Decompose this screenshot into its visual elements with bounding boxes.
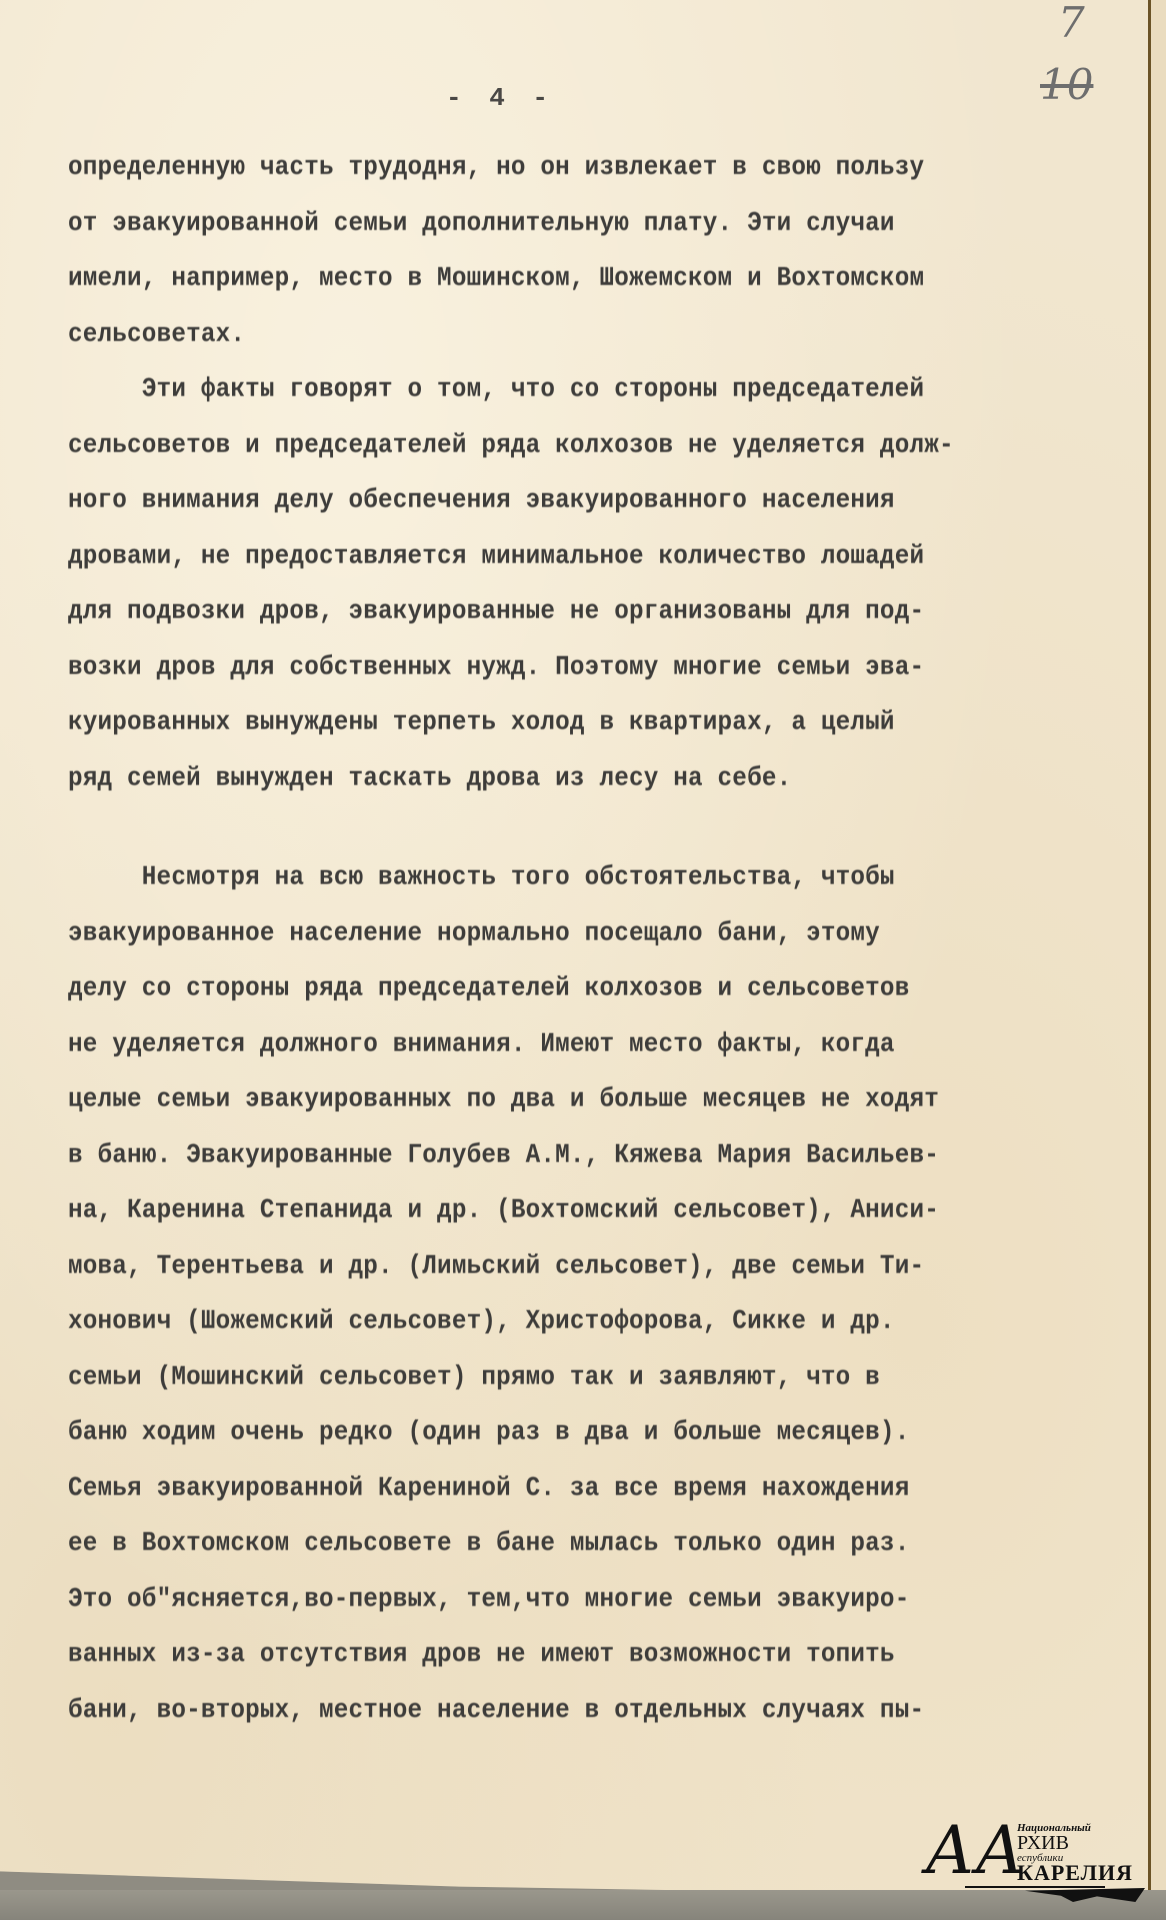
text-line: Это об"ясняется,во-первых, тем,что многи…: [68, 1585, 1022, 1641]
text-line: куированных вынуждены терпеть холод в кв…: [68, 708, 1022, 764]
text-line: мова, Терентьева и др. (Лимьский сельсов…: [68, 1252, 1022, 1308]
text-line: Эти факты говорят о том, что со стороны …: [68, 375, 1022, 431]
text-line: на, Каренина Степанида и др. (Вохтомский…: [68, 1196, 1022, 1252]
text-line: хонович (Шожемский сельсовет), Христофор…: [68, 1307, 1022, 1363]
page-number: - 4 -: [0, 83, 1000, 113]
text-line: сельсоветах.: [68, 320, 1022, 376]
text-line: бани, во-вторых, местное население в отд…: [68, 1696, 1022, 1752]
archive-watermark-logo: АА Национальный РХИВ еспублики КАРЕЛИЯ: [925, 1822, 1145, 1902]
text-line: делу со стороны ряда председателей колхо…: [68, 974, 1022, 1030]
text-line: эвакуированное население нормально посещ…: [68, 919, 1022, 975]
text-line: сельсоветов и председателей ряда колхозо…: [68, 431, 1022, 487]
text-line: ного внимания делу обеспечения эвакуиров…: [68, 486, 1022, 542]
handwritten-folio-number: 7: [1058, 2, 1085, 44]
text-line: баню ходим очень редко (один раз в два и…: [68, 1418, 1022, 1474]
typewritten-body: определенную часть трудодня, но он извле…: [68, 153, 1128, 1751]
text-line: от эвакуированной семьи дополнительную п…: [68, 209, 1022, 265]
text-line: Несмотря на всю важность того обстоятель…: [68, 863, 1022, 919]
text-line: семьи (Мошинский сельсовет) прямо так и …: [68, 1363, 1022, 1419]
text-line: не уделяется должного внимания. Имеют ме…: [68, 1030, 1022, 1086]
text-line: ряд семей вынужден таскать дрова из лесу…: [68, 764, 1022, 820]
logo-underline: [965, 1886, 1105, 1888]
text-line: определенную часть трудодня, но он извле…: [68, 153, 1022, 209]
logo-line-karelia: КАРЕЛИЯ: [1017, 1860, 1133, 1886]
quill-icon: [1025, 1888, 1145, 1902]
text-line: ее в Вохтомском сельсовете в бане мылась…: [68, 1529, 1022, 1585]
text-line: имели, например, место в Мошинском, Шоже…: [68, 264, 1022, 320]
text-line: Семья эвакуированной Карениной С. за все…: [68, 1474, 1022, 1530]
text-line: дровами, не предоставляется минимальное …: [68, 542, 1022, 598]
text-line: возки дров для собственных нужд. Поэтому…: [68, 653, 1022, 709]
next-page-edge: [1151, 0, 1166, 1898]
text-line: для подвозки дров, эвакуированные не орг…: [68, 597, 1022, 653]
logo-monogram: АА: [925, 1818, 1025, 1884]
handwritten-crossed-folio-number: 10: [1040, 64, 1093, 106]
text-line: ванных из-за отсутствия дров не имеют во…: [68, 1640, 1022, 1696]
text-line: в баню. Эвакуированные Голубев А.М., Кяж…: [68, 1141, 1022, 1197]
text-line: целые семьи эвакуированных по два и боль…: [68, 1085, 1022, 1141]
